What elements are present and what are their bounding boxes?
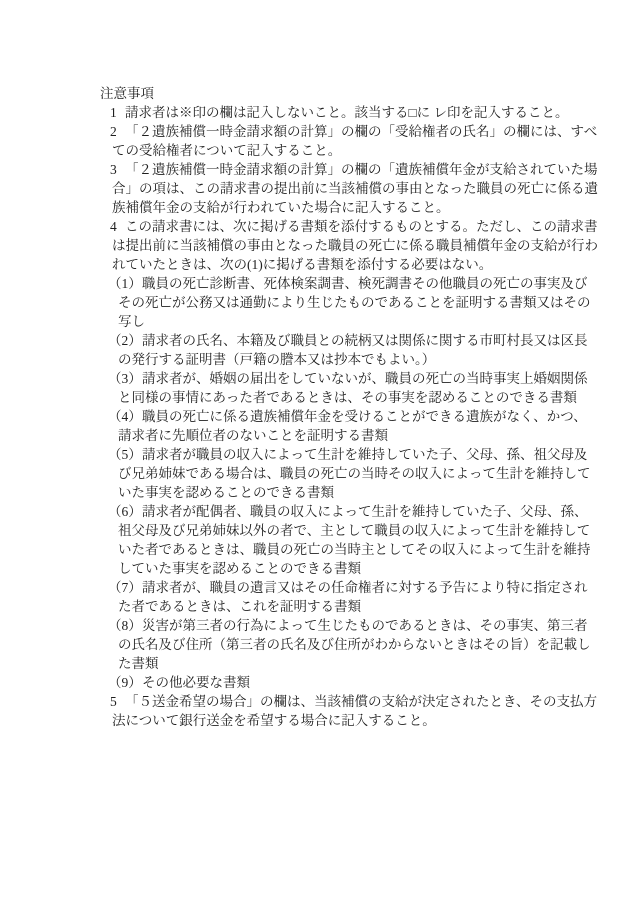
item-line: 5「５送金希望の場合」の欄は、当該補償の支給が決定されたとき、その支払方 xyxy=(100,692,628,711)
subitem-line: び兄弟姉妹である場合は、職員の死亡の当時その収入によって生計を維持して xyxy=(100,464,628,483)
subitem-line-text: 災害が第三者の行為によって生じたものであるときは、その事実、第三者 xyxy=(142,618,588,633)
item-number: 4 xyxy=(110,217,125,236)
subitem-number: （4） xyxy=(108,407,142,426)
subitem-line-text: その死亡が公務又は通勤により生じたものであることを証明する書類又はその xyxy=(118,295,591,310)
subitem-line-text: その他必要な書類 xyxy=(142,675,250,690)
subitem-line: その死亡が公務又は通勤により生じたものであることを証明する書類又はその xyxy=(100,293,628,312)
item-line-text: この請求書には、次に掲げる書類を添付するものとする。ただし、この請求書 xyxy=(125,219,598,234)
item-line: 4この請求書には、次に掲げる書類を添付するものとする。ただし、この請求書 xyxy=(100,217,628,236)
subitem-line: と同様の事情にあった者であるときは、その事実を認めることのできる書類 xyxy=(100,388,628,407)
item-line-text: 「２遺族補償一時金請求額の計算」の欄の「受給権者の氏名」の欄には、すべ xyxy=(125,124,597,139)
item-line-text: 法について銀行送金を希望する場合に記入すること。 xyxy=(112,713,436,728)
item-number: 3 xyxy=(110,160,125,179)
item-line: 法について銀行送金を希望する場合に記入すること。 xyxy=(100,711,628,730)
document-page: 注意事項 1請求者は※印の欄は記入しないこと。該当する□に レ印を記入すること。… xyxy=(0,0,630,903)
subitem-number: （3） xyxy=(108,369,142,388)
item-line: 1請求者は※印の欄は記入しないこと。該当する□に レ印を記入すること。 xyxy=(100,103,628,122)
subitem-line-text: と同様の事情にあった者であるときは、その事実を認めることのできる書類 xyxy=(118,390,577,405)
subitem-line-text: 請求者の氏名、本籍及び職員との続柄又は関係に関する市町村長又は区長 xyxy=(142,333,588,348)
subitem-line-text: た者であるときは、これを証明する書類 xyxy=(118,599,361,614)
subitem-line-text: た書類 xyxy=(118,656,159,671)
subitem-line-text: の発行する証明書（戸籍の謄本又は抄本でもよい。） xyxy=(118,352,435,367)
subitem-line: （8）災害が第三者の行為によって生じたものであるときは、その事実、第三者 xyxy=(100,616,628,635)
subitem-number: （6） xyxy=(108,502,142,521)
subitem-number: （9） xyxy=(108,673,142,692)
subitem-line: （1）職員の死亡診断書、死体検案調書、検死調書その他職員の死亡の事実及び xyxy=(100,274,628,293)
subitem-line-text: 請求者が配偶者、職員の収入によって生計を維持していた子、父母、孫、 xyxy=(142,504,588,519)
subitem-line: た者であるときは、これを証明する書類 xyxy=(100,597,628,616)
page-title: 注意事項 xyxy=(100,84,628,103)
subitem-number: （1） xyxy=(108,274,142,293)
subitem-line: の氏名及び住所（第三者の氏名及び住所がわからないときはその旨）を記載し xyxy=(100,635,628,654)
subitem-line: （7）請求者が、職員の遺言又はその任命権者に対する予告により特に指定され xyxy=(100,578,628,597)
subitem-line-text: び兄弟姉妹である場合は、職員の死亡の当時その収入によって生計を維持して xyxy=(118,466,591,481)
item-line: 2「２遺族補償一時金請求額の計算」の欄の「受給権者の氏名」の欄には、すべ xyxy=(100,122,628,141)
notes-text-block: 注意事項 1請求者は※印の欄は記入しないこと。該当する□に レ印を記入すること。… xyxy=(100,84,628,730)
subitem-number: （5） xyxy=(108,445,142,464)
subitem-line-text: いた者であるときは、職員の死亡の当時主としてその収入によって生計を維持 xyxy=(118,542,591,557)
subitem-line-text: 祖父母及び兄弟姉妹以外の者で、主として職員の収入によって生計を維持して xyxy=(118,523,590,538)
subitem-line-text: 請求者が職員の収入によって生計を維持していた子、父母、孫、祖父母及 xyxy=(142,447,588,462)
subitem-line-text: 請求者に先順位者のないことを証明する書類 xyxy=(118,428,388,443)
item-line-text: ての受給権者について記入すること。 xyxy=(112,143,341,158)
item-line: ての受給権者について記入すること。 xyxy=(100,141,628,160)
item-line-text: 「５送金希望の場合」の欄は、当該補償の支給が決定されたとき、その支払方 xyxy=(125,694,597,709)
subitem-line: （2）請求者の氏名、本籍及び職員との続柄又は関係に関する市町村長又は区長 xyxy=(100,331,628,350)
subitem-line: （5）請求者が職員の収入によって生計を維持していた子、父母、孫、祖父母及 xyxy=(100,445,628,464)
subitem-line: （4）職員の死亡に係る遺族補償年金を受けることができる遺族がなく、かつ、 xyxy=(100,407,628,426)
subitem-line: 写し xyxy=(100,312,628,331)
subitem-line: いた者であるときは、職員の死亡の当時主としてその収入によって生計を維持 xyxy=(100,540,628,559)
subitem-line: していた事実を認めることのできる書類 xyxy=(100,559,628,578)
subitem-line: の発行する証明書（戸籍の謄本又は抄本でもよい。） xyxy=(100,350,628,369)
item-line: 族補償年金の支給が行われていた場合に記入すること。 xyxy=(100,198,628,217)
subitem-line-text: していた事実を認めることのできる書類 xyxy=(118,561,361,576)
item-line-text: れていたときは、次の(1)に掲げる書類を添付する必要はない。 xyxy=(112,257,492,272)
subitem-number: （8） xyxy=(108,616,142,635)
subitem-line: 請求者に先順位者のないことを証明する書類 xyxy=(100,426,628,445)
subitem-line: いた事実を認めることのできる書類 xyxy=(100,483,628,502)
item-line: は提出前に当該補償の事由となった職員の死亡に係る職員補償年金の支給が行わ xyxy=(100,236,628,255)
subitem-line-text: 職員の死亡に係る遺族補償年金を受けることができる遺族がなく、かつ、 xyxy=(142,409,587,424)
item-line: 合」の項は、この請求書の提出前に当該補償の事由となった職員の死亡に係る遺 xyxy=(100,179,628,198)
item-line-text: 族補償年金の支給が行われていた場合に記入すること。 xyxy=(112,200,450,215)
item-line-text: 請求者は※印の欄は記入しないこと。該当する□に レ印を記入すること。 xyxy=(125,105,569,120)
subitem-line: た書類 xyxy=(100,654,628,673)
item-line-text: 合」の項は、この請求書の提出前に当該補償の事由となった職員の死亡に係る遺 xyxy=(112,181,598,196)
item-line: 3「２遺族補償一時金請求額の計算」の欄の「遺族補償年金が支給されていた場 xyxy=(100,160,628,179)
subitem-line-text: 写し xyxy=(118,314,145,329)
item-number: 5 xyxy=(110,692,125,711)
subitem-line-text: 請求者が、職員の遺言又はその任命権者に対する予告により特に指定され xyxy=(142,580,588,595)
item-line: れていたときは、次の(1)に掲げる書類を添付する必要はない。 xyxy=(100,255,628,274)
subitem-line-text: 職員の死亡診断書、死体検案調書、検死調書その他職員の死亡の事実及び xyxy=(142,276,588,291)
subitem-line-text: いた事実を認めることのできる書類 xyxy=(118,485,334,500)
item-line-text: 「２遺族補償一時金請求額の計算」の欄の「遺族補償年金が支給されていた場 xyxy=(125,162,598,177)
subitem-line: （6）請求者が配偶者、職員の収入によって生計を維持していた子、父母、孫、 xyxy=(100,502,628,521)
subitem-line-text: の氏名及び住所（第三者の氏名及び住所がわからないときはその旨）を記載し xyxy=(118,637,591,652)
item-line-text: は提出前に当該補償の事由となった職員の死亡に係る職員補償年金の支給が行わ xyxy=(112,238,598,253)
item-number: 1 xyxy=(110,103,125,122)
subitem-line-text: 請求者が、婚姻の届出をしていないが、職員の死亡の当時事実上婚姻関係 xyxy=(142,371,588,386)
subitem-line: （3）請求者が、婚姻の届出をしていないが、職員の死亡の当時事実上婚姻関係 xyxy=(100,369,628,388)
subitem-line: （9）その他必要な書類 xyxy=(100,673,628,692)
subitem-number: （7） xyxy=(108,578,142,597)
notes-list: 1請求者は※印の欄は記入しないこと。該当する□に レ印を記入すること。2「２遺族… xyxy=(100,103,628,730)
subitem-number: （2） xyxy=(108,331,142,350)
item-number: 2 xyxy=(110,122,125,141)
subitem-line: 祖父母及び兄弟姉妹以外の者で、主として職員の収入によって生計を維持して xyxy=(100,521,628,540)
